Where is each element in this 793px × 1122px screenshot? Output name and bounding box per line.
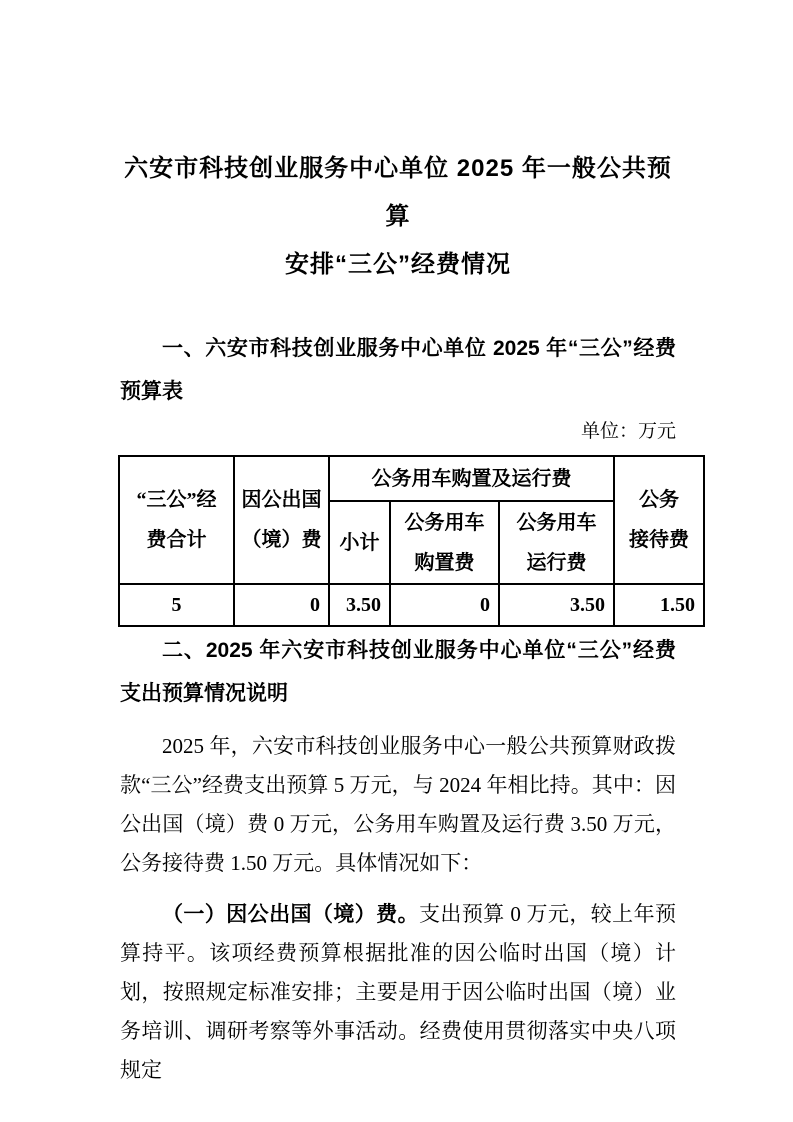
value-operation: 3.50 — [499, 584, 614, 626]
header-cell-subtotal: 小计 — [329, 501, 390, 584]
budget-table: “三公”经 费合计 因公出国 （境）费 公务用车购置及运行费 公务 接待费 小计… — [118, 455, 705, 627]
value-reception: 1.50 — [614, 584, 704, 626]
paragraph-overview: 2025 年，六安市科技创业服务中心一般公共预算财政拨款“三公”经费支出预算 5… — [120, 727, 676, 883]
item1-label: （一）因公出国（境）费。 — [162, 902, 419, 926]
table-header-row-1: “三公”经 费合计 因公出国 （境）费 公务用车购置及运行费 公务 接待费 — [119, 456, 704, 501]
header-cell-reception: 公务 接待费 — [614, 456, 704, 584]
value-purchase: 0 — [390, 584, 499, 626]
value-total: 5 — [119, 584, 234, 626]
document-title-line1: 六安市科技创业服务中心单位 2025 年一般公共预算 — [120, 145, 676, 241]
document-title: 六安市科技创业服务中心单位 2025 年一般公共预算 安排“三公”经费情况 — [120, 145, 676, 289]
header-cell-operation: 公务用车 运行费 — [499, 501, 614, 584]
section2-heading: 二、2025 年六安市科技创业服务中心单位“三公”经费支出预算情况说明 — [120, 629, 676, 715]
unit-label: 单位：万元 — [120, 413, 676, 451]
value-abroad: 0 — [234, 584, 329, 626]
document-title-line2: 安排“三公”经费情况 — [120, 241, 676, 289]
header-cell-total: “三公”经 费合计 — [119, 456, 234, 584]
paragraph-item1: （一）因公出国（境）费。支出预算 0 万元，较上年预算持平。该项经费预算根据批准… — [120, 895, 676, 1090]
item1-text: 支出预算 0 万元，较上年预算持平。该项经费预算根据批准的因公临时出国（境）计划… — [120, 902, 676, 1082]
header-cell-purchase: 公务用车 购置费 — [390, 501, 499, 584]
section1-heading: 一、六安市科技创业服务中心单位 2025 年“三公”经费预算表 — [120, 327, 676, 413]
header-cell-vehicle-group: 公务用车购置及运行费 — [329, 456, 614, 501]
value-subtotal: 3.50 — [329, 584, 390, 626]
document-content: 六安市科技创业服务中心单位 2025 年一般公共预算 安排“三公”经费情况 一、… — [0, 145, 676, 1090]
header-cell-abroad: 因公出国 （境）费 — [234, 456, 329, 584]
table-data-row: 5 0 3.50 0 3.50 1.50 — [119, 584, 704, 626]
document-page: 六安市科技创业服务中心单位 2025 年一般公共预算 安排“三公”经费情况 一、… — [0, 0, 793, 1122]
